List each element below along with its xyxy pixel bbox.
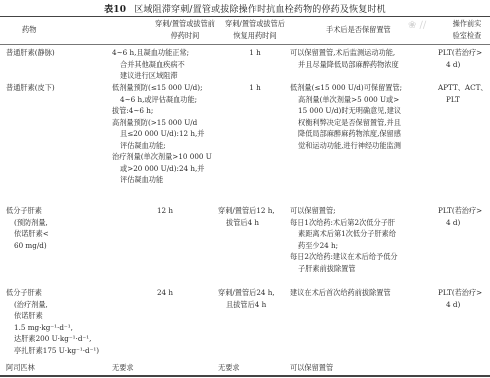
table-number: 表10 — [104, 5, 126, 15]
cell-line: 无要求 — [112, 362, 134, 374]
cell-line: 15 000 U/d)时无明确意见,建议 — [290, 105, 402, 117]
cell-line: 穿刺/置管后12 h, — [218, 205, 275, 217]
cell-line: 低分子肝素 — [6, 287, 99, 299]
row-3-lab-check: PLT(若治疗> 4 d) — [438, 287, 482, 310]
cell-line: 低分子肝素 — [6, 205, 49, 217]
cell-line: 1.5 mg·kg⁻¹·d⁻¹, — [6, 322, 99, 334]
cell-line: 每日2次给药:建议在术后给予低分 — [290, 251, 398, 263]
header-line: 恢复用药时间 — [210, 30, 300, 42]
top-rule — [0, 16, 490, 17]
cell-line: 子肝素前拔除置管 — [290, 263, 398, 275]
cell-line: 素距离术后第1次低分子肝素给 — [290, 228, 398, 240]
cell-line: (治疗剂量, — [6, 299, 99, 311]
row-0-keep-catheter: 可以保留置管,术后监测运动功能, 并且尽量降低局部麻醉药物浓度 — [290, 47, 399, 70]
row-2-resume-time: 穿刺/置管后12 h, 拔管后4 h — [218, 205, 275, 228]
cell-line: 评估凝血功能; — [112, 140, 212, 152]
cell-line: 高剂量预防(>15 000 U/d — [112, 117, 212, 129]
cell-line: 阿司匹林 — [6, 362, 35, 374]
cell-line: 4 d) — [438, 299, 482, 311]
cell-line: 药至少24 h; — [290, 240, 398, 252]
cell-line: 降低局部麻醉麻药物浓度,保留感 — [290, 128, 402, 140]
row-0-resume-time: 1 h — [230, 47, 280, 59]
bottom-rule — [0, 375, 490, 377]
row-3-drug: 低分子肝素 (治疗剂量, 依诺肝素 1.5 mg·kg⁻¹·d⁻¹, 达肝素20… — [6, 287, 99, 356]
row-4-drug: 阿司匹林 — [6, 362, 35, 374]
cell-line: 12 h — [140, 205, 190, 217]
cell-line: 建议进行区域阻滞 — [112, 70, 189, 82]
cell-line: 60 mg/d) — [6, 240, 49, 252]
cell-line: 穿刺/置管后24 h, — [218, 287, 275, 299]
row-1-lab-check: APTT、ACT、 PLT — [438, 82, 488, 105]
header-lab-check: 操作前实 验室检查 — [444, 18, 490, 41]
cell-line: 且≤20 000 U/d):12 h,并 — [112, 128, 212, 140]
header-resume-time: 穿刺/置管或拔管后 恢复用药时间 — [210, 18, 300, 41]
header-line: 验室检查 — [444, 30, 490, 42]
cell-line: 可以保留置管; — [290, 205, 398, 217]
cell-line: (预防剂量, — [6, 217, 49, 229]
header-line: 操作前实 — [444, 18, 490, 30]
cell-line: 24 h — [140, 287, 190, 299]
cell-line: PLT(若治疗> — [438, 47, 482, 59]
row-4-keep-catheter: 可以保留置管 — [290, 362, 333, 374]
cell-line: 4~6 h,且凝血功能正常; — [112, 47, 189, 59]
table-caption: 区域阻滞穿刺/置管或拔除操作时抗血栓药物的停药及恢复时机 — [134, 5, 386, 15]
cell-line: 合并其他凝血疾病不 — [112, 59, 189, 71]
row-4-stop-time: 无要求 — [112, 362, 134, 374]
row-1-resume-time: 1 h — [230, 82, 280, 94]
cell-line: 高剂量(单次剂量>5 000 U或> — [290, 94, 402, 106]
cell-line: 评估凝血功能 — [112, 174, 212, 186]
cell-line: 4 d) — [438, 217, 482, 229]
cell-line: 可以保留置管,术后监测运动功能, — [290, 47, 399, 59]
row-3-stop-time: 24 h — [140, 287, 190, 299]
header-rule — [0, 44, 490, 45]
row-3-keep-catheter: 建议在术后首次给药前拔除置管 — [290, 287, 391, 299]
header-line: 穿刺/置管或拔管后 — [210, 18, 300, 30]
cell-line: 并且尽量降低局部麻醉药物浓度 — [290, 59, 399, 71]
header-keep-catheter: 手术后是否保留置管 — [326, 24, 391, 36]
cell-line: 1 h — [230, 47, 280, 59]
cell-line: 4~6 h,或评估凝血功能; — [112, 94, 212, 106]
row-1-keep-catheter: 低剂量(≤15 000 U/d)可保留置管; 高剂量(单次剂量>5 000 U或… — [290, 82, 402, 151]
cell-line: 每日1次给药:术后第2次低分子肝 — [290, 217, 398, 229]
cell-line: 普通肝素(皮下) — [6, 82, 55, 94]
row-0-drug: 普通肝素(静脉) — [6, 47, 55, 59]
row-2-stop-time: 12 h — [140, 205, 190, 217]
cell-line: 4 d) — [438, 59, 482, 71]
cell-line: 建议在术后首次给药前拔除置管 — [290, 287, 391, 299]
cell-line: 可以保留置管 — [290, 362, 333, 374]
cell-line: 1 h — [230, 82, 280, 94]
cell-line: 治疗剂量(单次剂量>10 000 U — [112, 151, 212, 163]
row-4-resume-time: 无要求 — [218, 362, 240, 374]
cell-line: 普通肝素(静脉) — [6, 47, 55, 59]
cell-line: 依诺肝素 — [6, 310, 99, 322]
row-2-keep-catheter: 可以保留置管; 每日1次给药:术后第2次低分子肝 素距离术后第1次低分子肝素给 … — [290, 205, 398, 274]
row-3-resume-time: 穿刺/置管后24 h, 且拔管后4 h — [218, 287, 275, 310]
cell-line: 或>20 000 U/d):24 h,并 — [112, 163, 212, 175]
table-title: 表10区域阻滞穿刺/置管或拔除操作时抗血栓药物的停药及恢复时机 — [0, 2, 490, 15]
cell-line: 觉和运动功能,进行神经功能监测 — [290, 140, 402, 152]
row-0-lab-check: PLT(若治疗> 4 d) — [438, 47, 482, 70]
row-1-stop-time: 低剂量预防(≤15 000 U/d); 4~6 h,或评估凝血功能; 拔管:4~… — [112, 82, 212, 186]
cell-line: 依诺肝素< — [6, 228, 49, 240]
cell-line: 低剂量(≤15 000 U/d)可保留置管; — [290, 82, 402, 94]
cell-line: PLT — [438, 94, 488, 106]
cell-line: 拔管后4 h — [218, 217, 275, 229]
row-1-drug: 普通肝素(皮下) — [6, 82, 55, 94]
cell-line: 低剂量预防(≤15 000 U/d); — [112, 82, 212, 94]
cell-line: 达肝素200 U·kg⁻¹·d⁻¹, — [6, 333, 99, 345]
row-0-stop-time: 4~6 h,且凝血功能正常; 合并其他凝血疾病不 建议进行区域阻滞 — [112, 47, 189, 82]
cell-line: 拔管:4~6 h; — [112, 105, 212, 117]
cell-line: 权衡利弊决定是否保留置管,并且 — [290, 117, 402, 129]
cell-line: 亭扎肝素175 U·kg⁻¹·d⁻¹) — [6, 345, 99, 357]
watermark-logo: ❀ ∕∕ — [408, 20, 426, 31]
row-2-drug: 低分子肝素 (预防剂量, 依诺肝素< 60 mg/d) — [6, 205, 49, 251]
cell-line: 无要求 — [218, 362, 240, 374]
cell-line: PLT(若治疗> — [438, 287, 482, 299]
header-drug: 药物 — [22, 24, 36, 36]
cell-line: 且拔管后4 h — [218, 299, 275, 311]
row-2-lab-check: PLT(若治疗> 4 d) — [438, 205, 482, 228]
cell-line: PLT(若治疗> — [438, 205, 482, 217]
cell-line: APTT、ACT、 — [438, 82, 488, 94]
